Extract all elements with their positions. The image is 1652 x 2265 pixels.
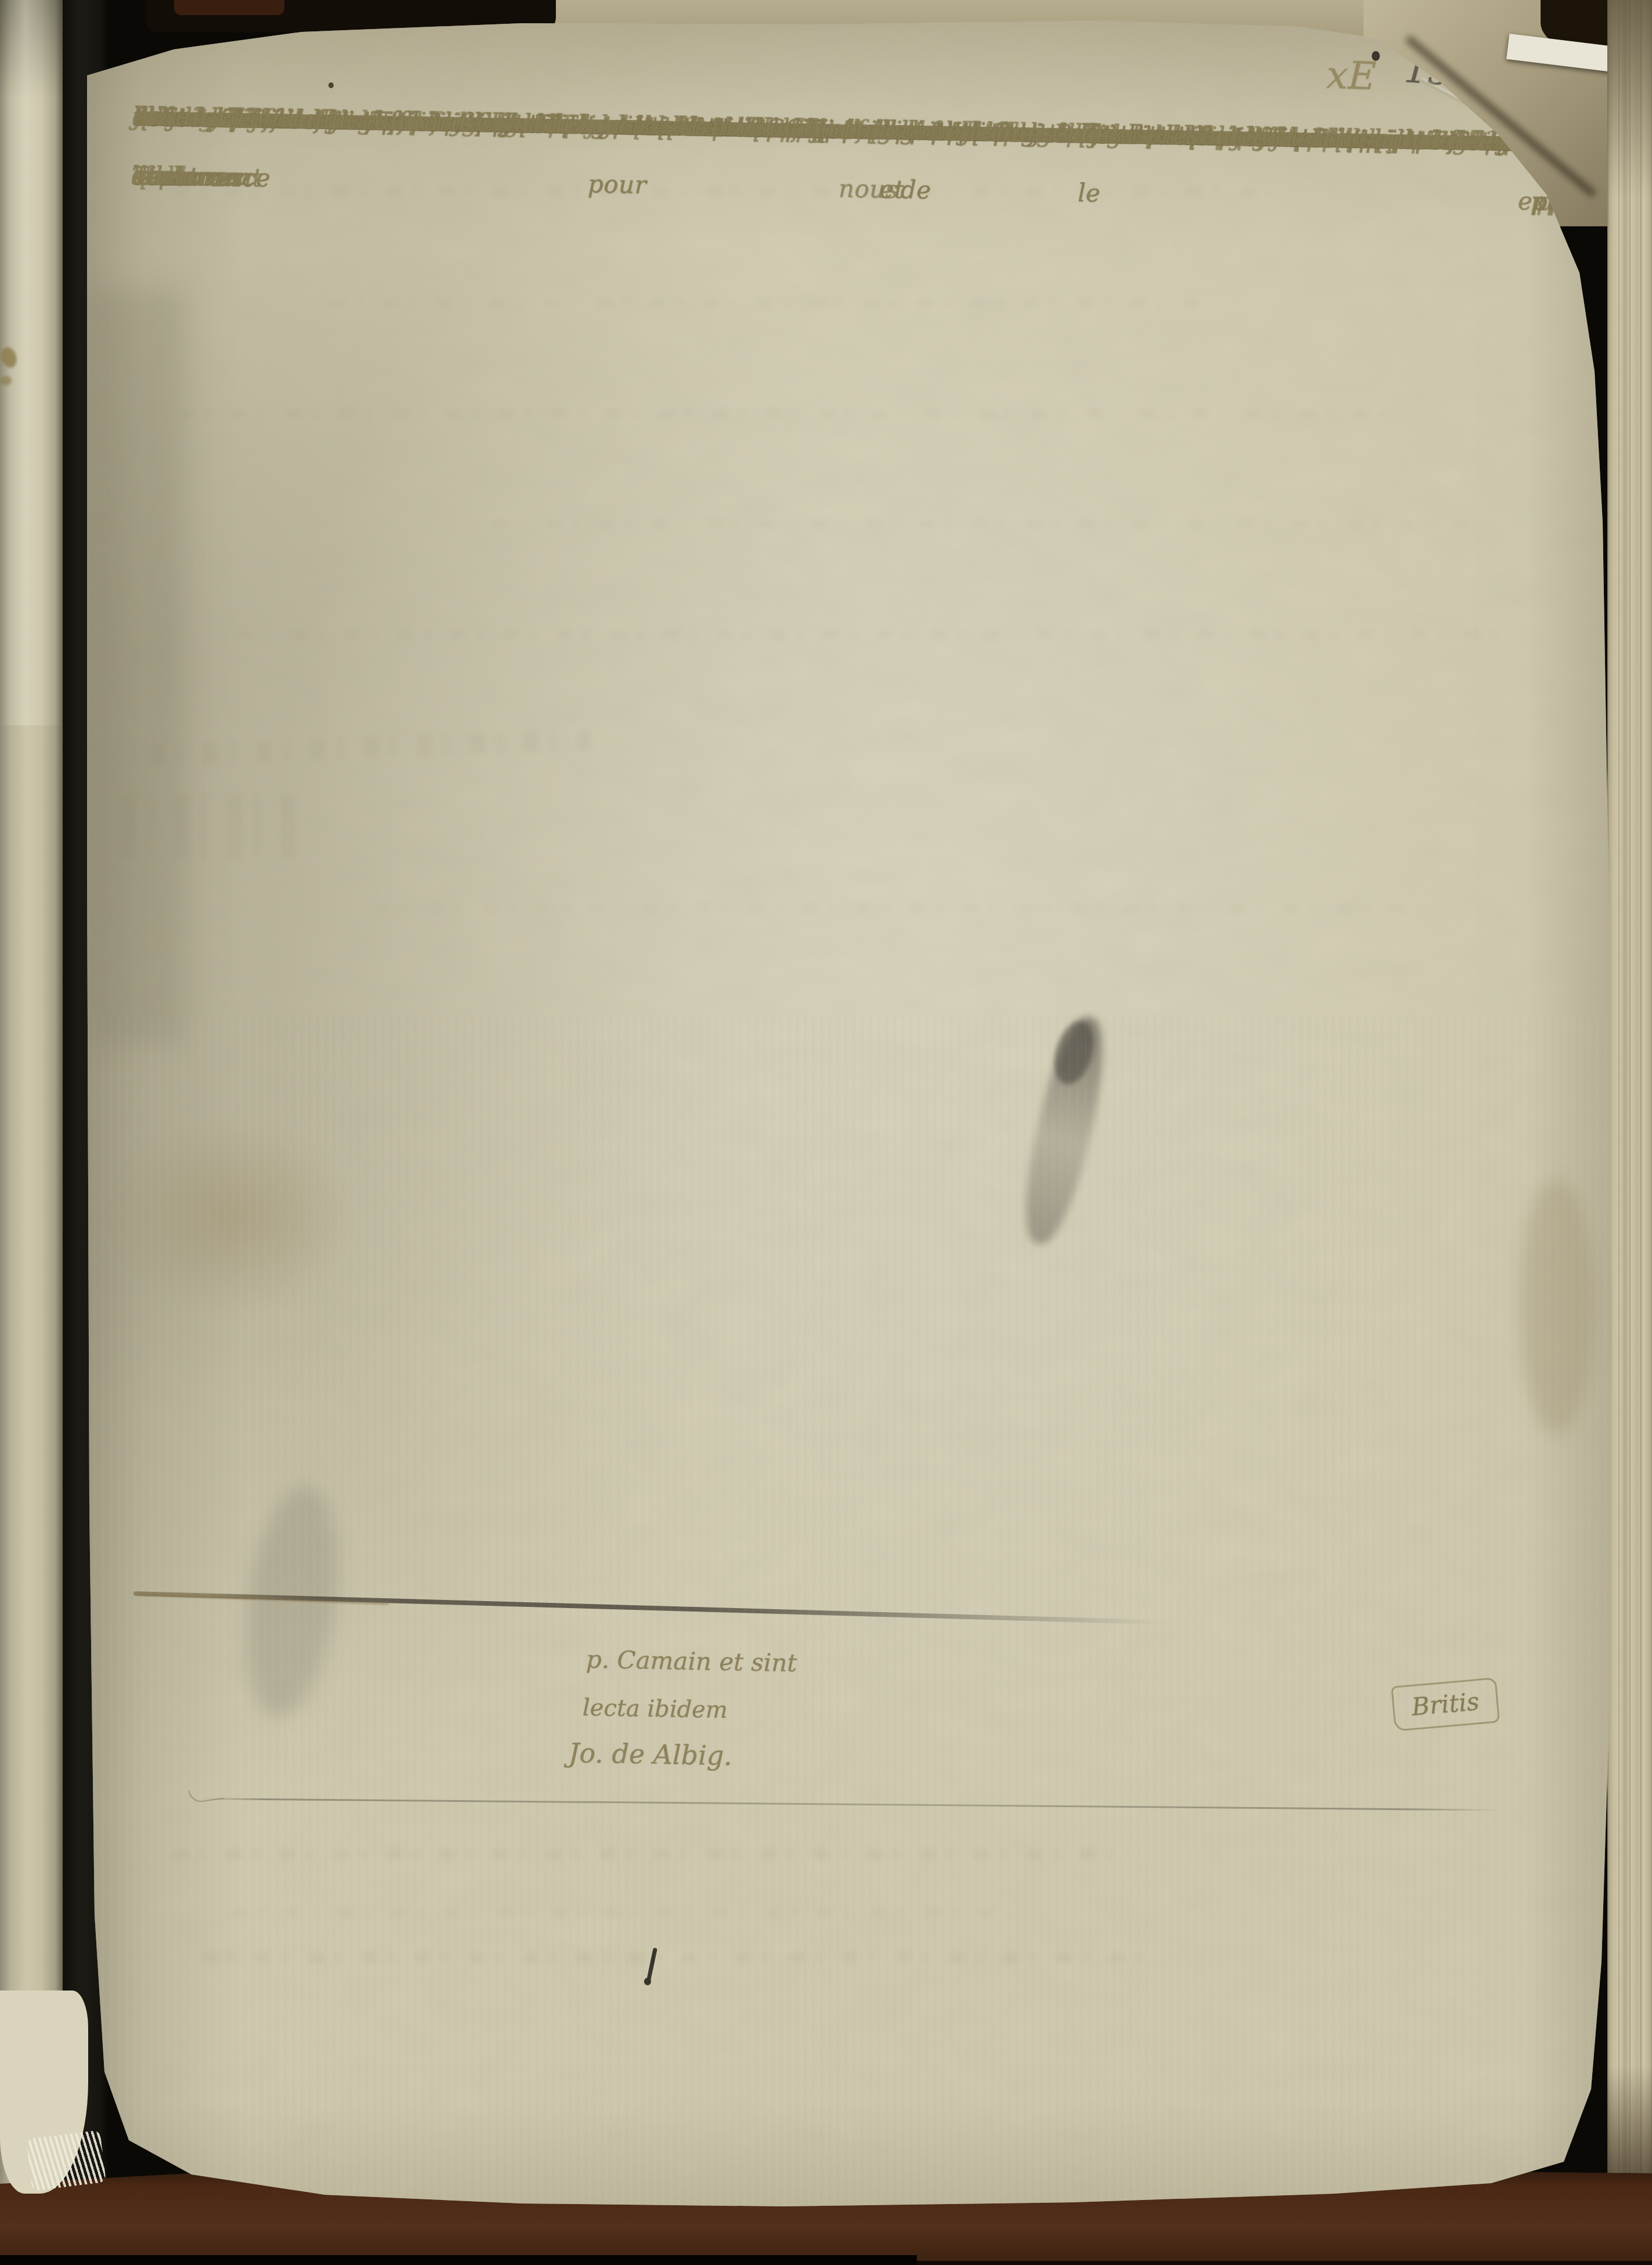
notary-cartouche: Britis <box>1391 1677 1500 1732</box>
damp-stain <box>86 290 185 1045</box>
show-through-scribble <box>150 729 591 766</box>
tan-streak <box>1519 1178 1595 1433</box>
facing-page-ink-mark <box>0 376 12 385</box>
show-through-line <box>237 630 1513 639</box>
binding-threads <box>26 2130 106 2191</box>
parchment-page: xE 15 de souloil levant seur ponne le me… <box>86 0 1625 2223</box>
show-through-line <box>179 409 1397 418</box>
folio-mark: xE <box>1326 53 1377 99</box>
faint-pen-hook <box>189 1786 225 1804</box>
page-stack-lines <box>1607 0 1652 2199</box>
page-stack-shade-top <box>1607 0 1652 197</box>
cover-edge <box>0 2261 1652 2265</box>
binding-leather-hint <box>174 0 284 15</box>
show-through-line <box>330 299 1200 307</box>
manuscript-text-block: de souloil levant seur ponne le mestre d… <box>133 87 1604 114</box>
signature-line-1: p. Camain et sint <box>586 1645 797 1677</box>
ink-fleck <box>328 82 334 88</box>
ink-fleck <box>644 1978 651 1985</box>
show-through-line <box>231 1908 997 1917</box>
show-through-line <box>376 904 1420 912</box>
ink-fleck <box>1372 51 1380 61</box>
show-through-scribble <box>121 794 306 858</box>
signature-line-2: lecta ibidem <box>583 1695 728 1724</box>
faint-pen-line <box>199 1798 1499 1811</box>
parchment-grain <box>86 0 1625 2223</box>
show-through-line <box>173 1849 1130 1859</box>
signature-line-3: Jo. de Albig. <box>569 1737 733 1772</box>
brown-stain <box>109 1120 353 1312</box>
show-through-line <box>492 520 1479 528</box>
manuscript-scan: xE 15 de souloil levant seur ponne le me… <box>0 0 1652 2265</box>
show-through-line <box>202 1952 1159 1963</box>
